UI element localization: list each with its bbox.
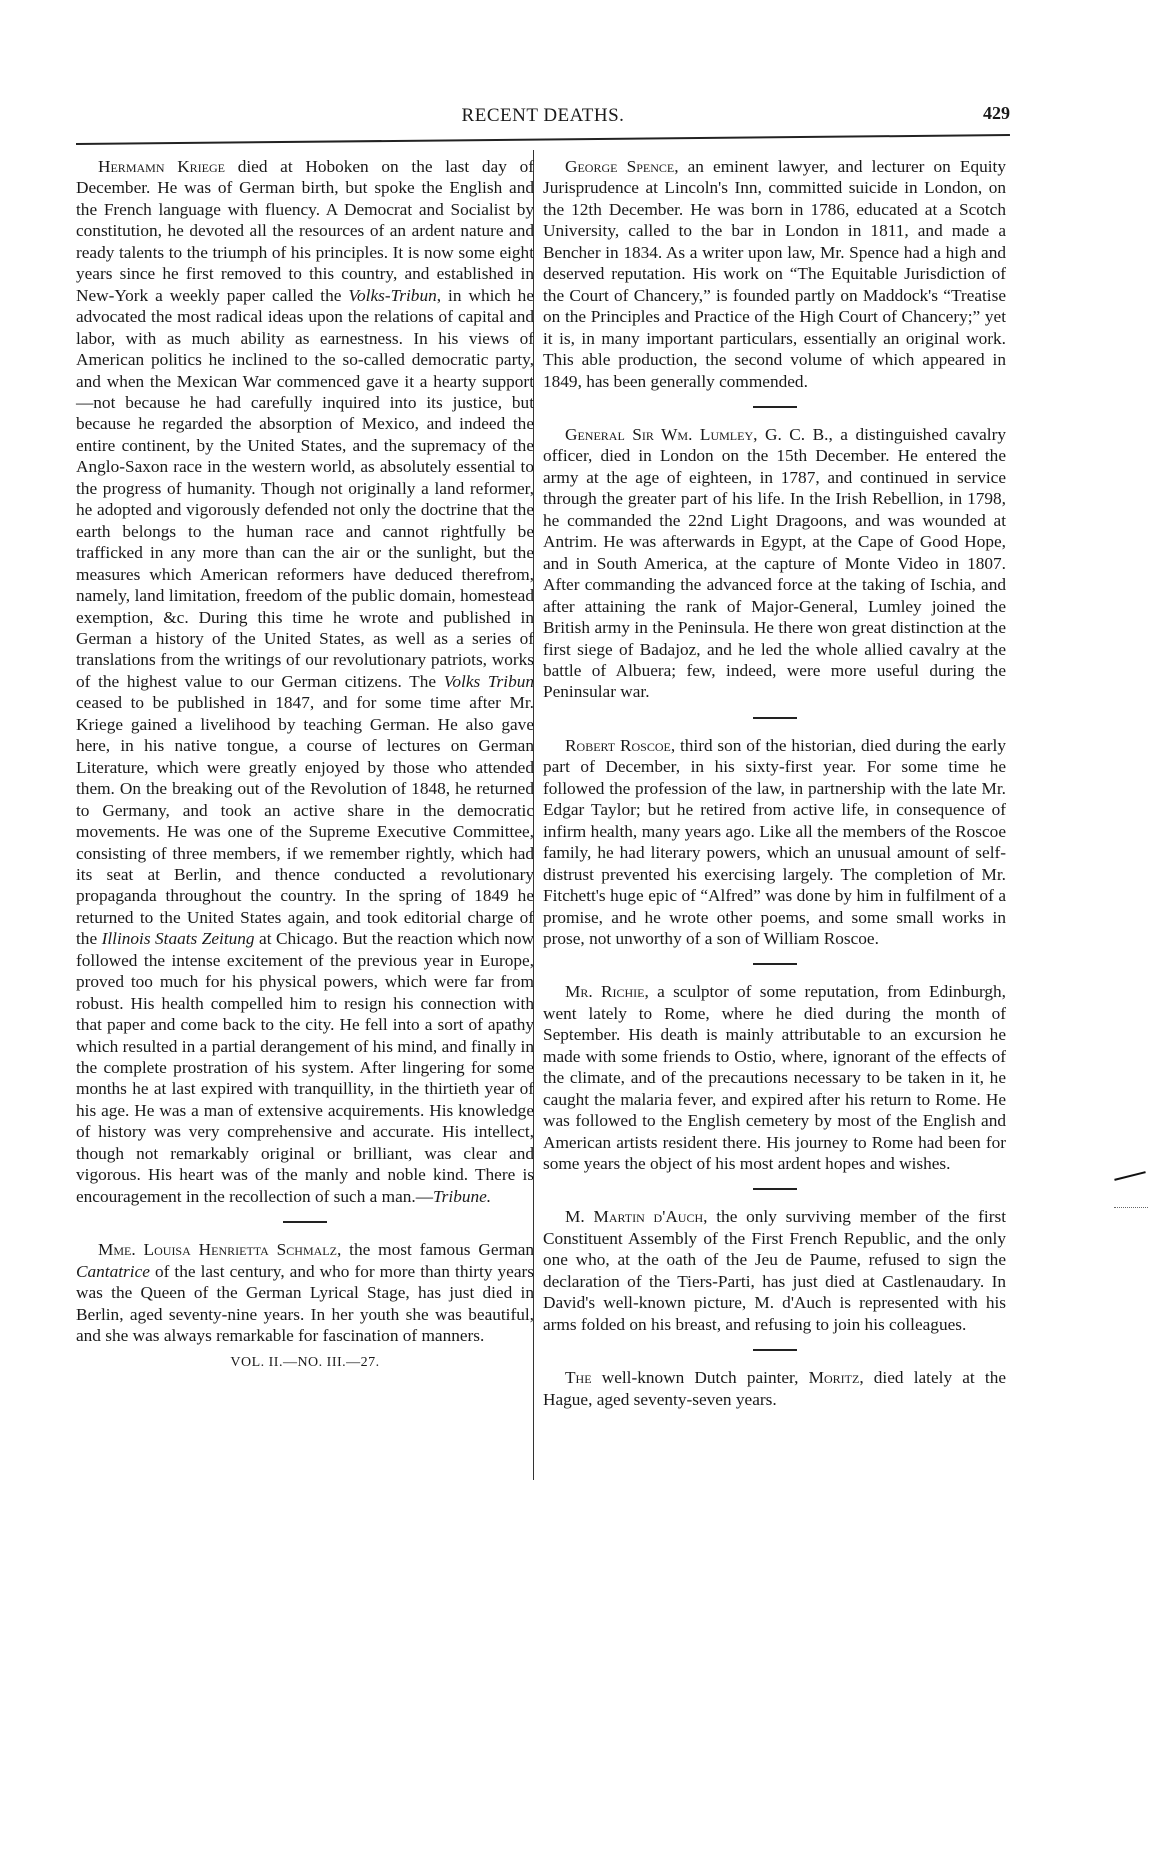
newspaper-title: Volks Tribun xyxy=(444,672,534,691)
obituary-name: M. Martin d'Auch xyxy=(565,1207,703,1226)
section-separator xyxy=(753,963,797,965)
obituary-paragraph: Mr. Richie, a sculptor of some reputatio… xyxy=(543,981,1006,1174)
section-separator xyxy=(753,1349,797,1351)
page-number: 429 xyxy=(983,103,1010,124)
obituary-paragraph: Hermamn Kriege died at Hoboken on the la… xyxy=(76,156,534,1207)
obituary-name: Hermamn Kriege xyxy=(98,157,225,176)
margin-pen-mark xyxy=(1114,1171,1146,1181)
obituary-robert-roscoe: Robert Roscoe, third son of the historia… xyxy=(543,735,1006,950)
newspaper-title: Volks-Tribun xyxy=(348,286,436,305)
obituary-name: Moritz xyxy=(809,1368,860,1387)
source-attribution: Tribune. xyxy=(433,1187,491,1206)
margin-speckles xyxy=(1114,1207,1148,1210)
header-rule xyxy=(76,134,1010,145)
obituary-name: Mme. Louisa Henrietta Schmalz xyxy=(98,1240,337,1259)
document-page: RECENT DEATHS. 429 Hermamn Kriege died a… xyxy=(0,0,1176,1850)
obituary-name: Robert Roscoe xyxy=(565,736,671,755)
section-separator xyxy=(283,1221,327,1223)
emphasized-term: Cantatrice xyxy=(76,1262,150,1281)
section-separator xyxy=(753,406,797,408)
obituary-name: General Sir Wm. Lumley xyxy=(565,425,753,444)
obituary-name: Mr. Richie xyxy=(565,982,645,1001)
obituary-louisa-schmalz: Mme. Louisa Henrietta Schmalz, the most … xyxy=(76,1239,534,1346)
running-header: RECENT DEATHS. 429 xyxy=(76,103,1010,133)
right-column: George Spence, an eminent lawyer, and le… xyxy=(543,156,1006,1410)
obituary-lead-word: The xyxy=(565,1368,592,1387)
section-separator xyxy=(753,1188,797,1190)
section-separator xyxy=(753,717,797,719)
obituary-mr-richie: Mr. Richie, a sculptor of some reputatio… xyxy=(543,981,1006,1174)
newspaper-title: Illinois Staats Zeitung xyxy=(102,929,255,948)
obituary-paragraph: General Sir Wm. Lumley, G. C. B., a dist… xyxy=(543,424,1006,703)
left-column: Hermamn Kriege died at Hoboken on the la… xyxy=(76,156,534,1374)
obituary-hermamn-kriege: Hermamn Kriege died at Hoboken on the la… xyxy=(76,156,534,1207)
obituary-george-spence: George Spence, an eminent lawyer, and le… xyxy=(543,156,1006,392)
obituary-paragraph: M. Martin d'Auch, the only surviving mem… xyxy=(543,1206,1006,1335)
obituary-wm-lumley: General Sir Wm. Lumley, G. C. B., a dist… xyxy=(543,424,1006,703)
obituary-paragraph: Mme. Louisa Henrietta Schmalz, the most … xyxy=(76,1239,534,1346)
signature-footer: VOL. II.—NO. III.—27. xyxy=(76,1352,534,1373)
obituary-paragraph: The well-known Dutch painter, Moritz, di… xyxy=(543,1367,1006,1410)
obituary-name: George Spence xyxy=(565,157,674,176)
obituary-martin-dauch: M. Martin d'Auch, the only surviving mem… xyxy=(543,1206,1006,1335)
obituary-moritz: The well-known Dutch painter, Moritz, di… xyxy=(543,1367,1006,1410)
page-title: RECENT DEATHS. xyxy=(76,105,1010,127)
obituary-paragraph: Robert Roscoe, third son of the historia… xyxy=(543,735,1006,950)
obituary-paragraph: George Spence, an eminent lawyer, and le… xyxy=(543,156,1006,392)
